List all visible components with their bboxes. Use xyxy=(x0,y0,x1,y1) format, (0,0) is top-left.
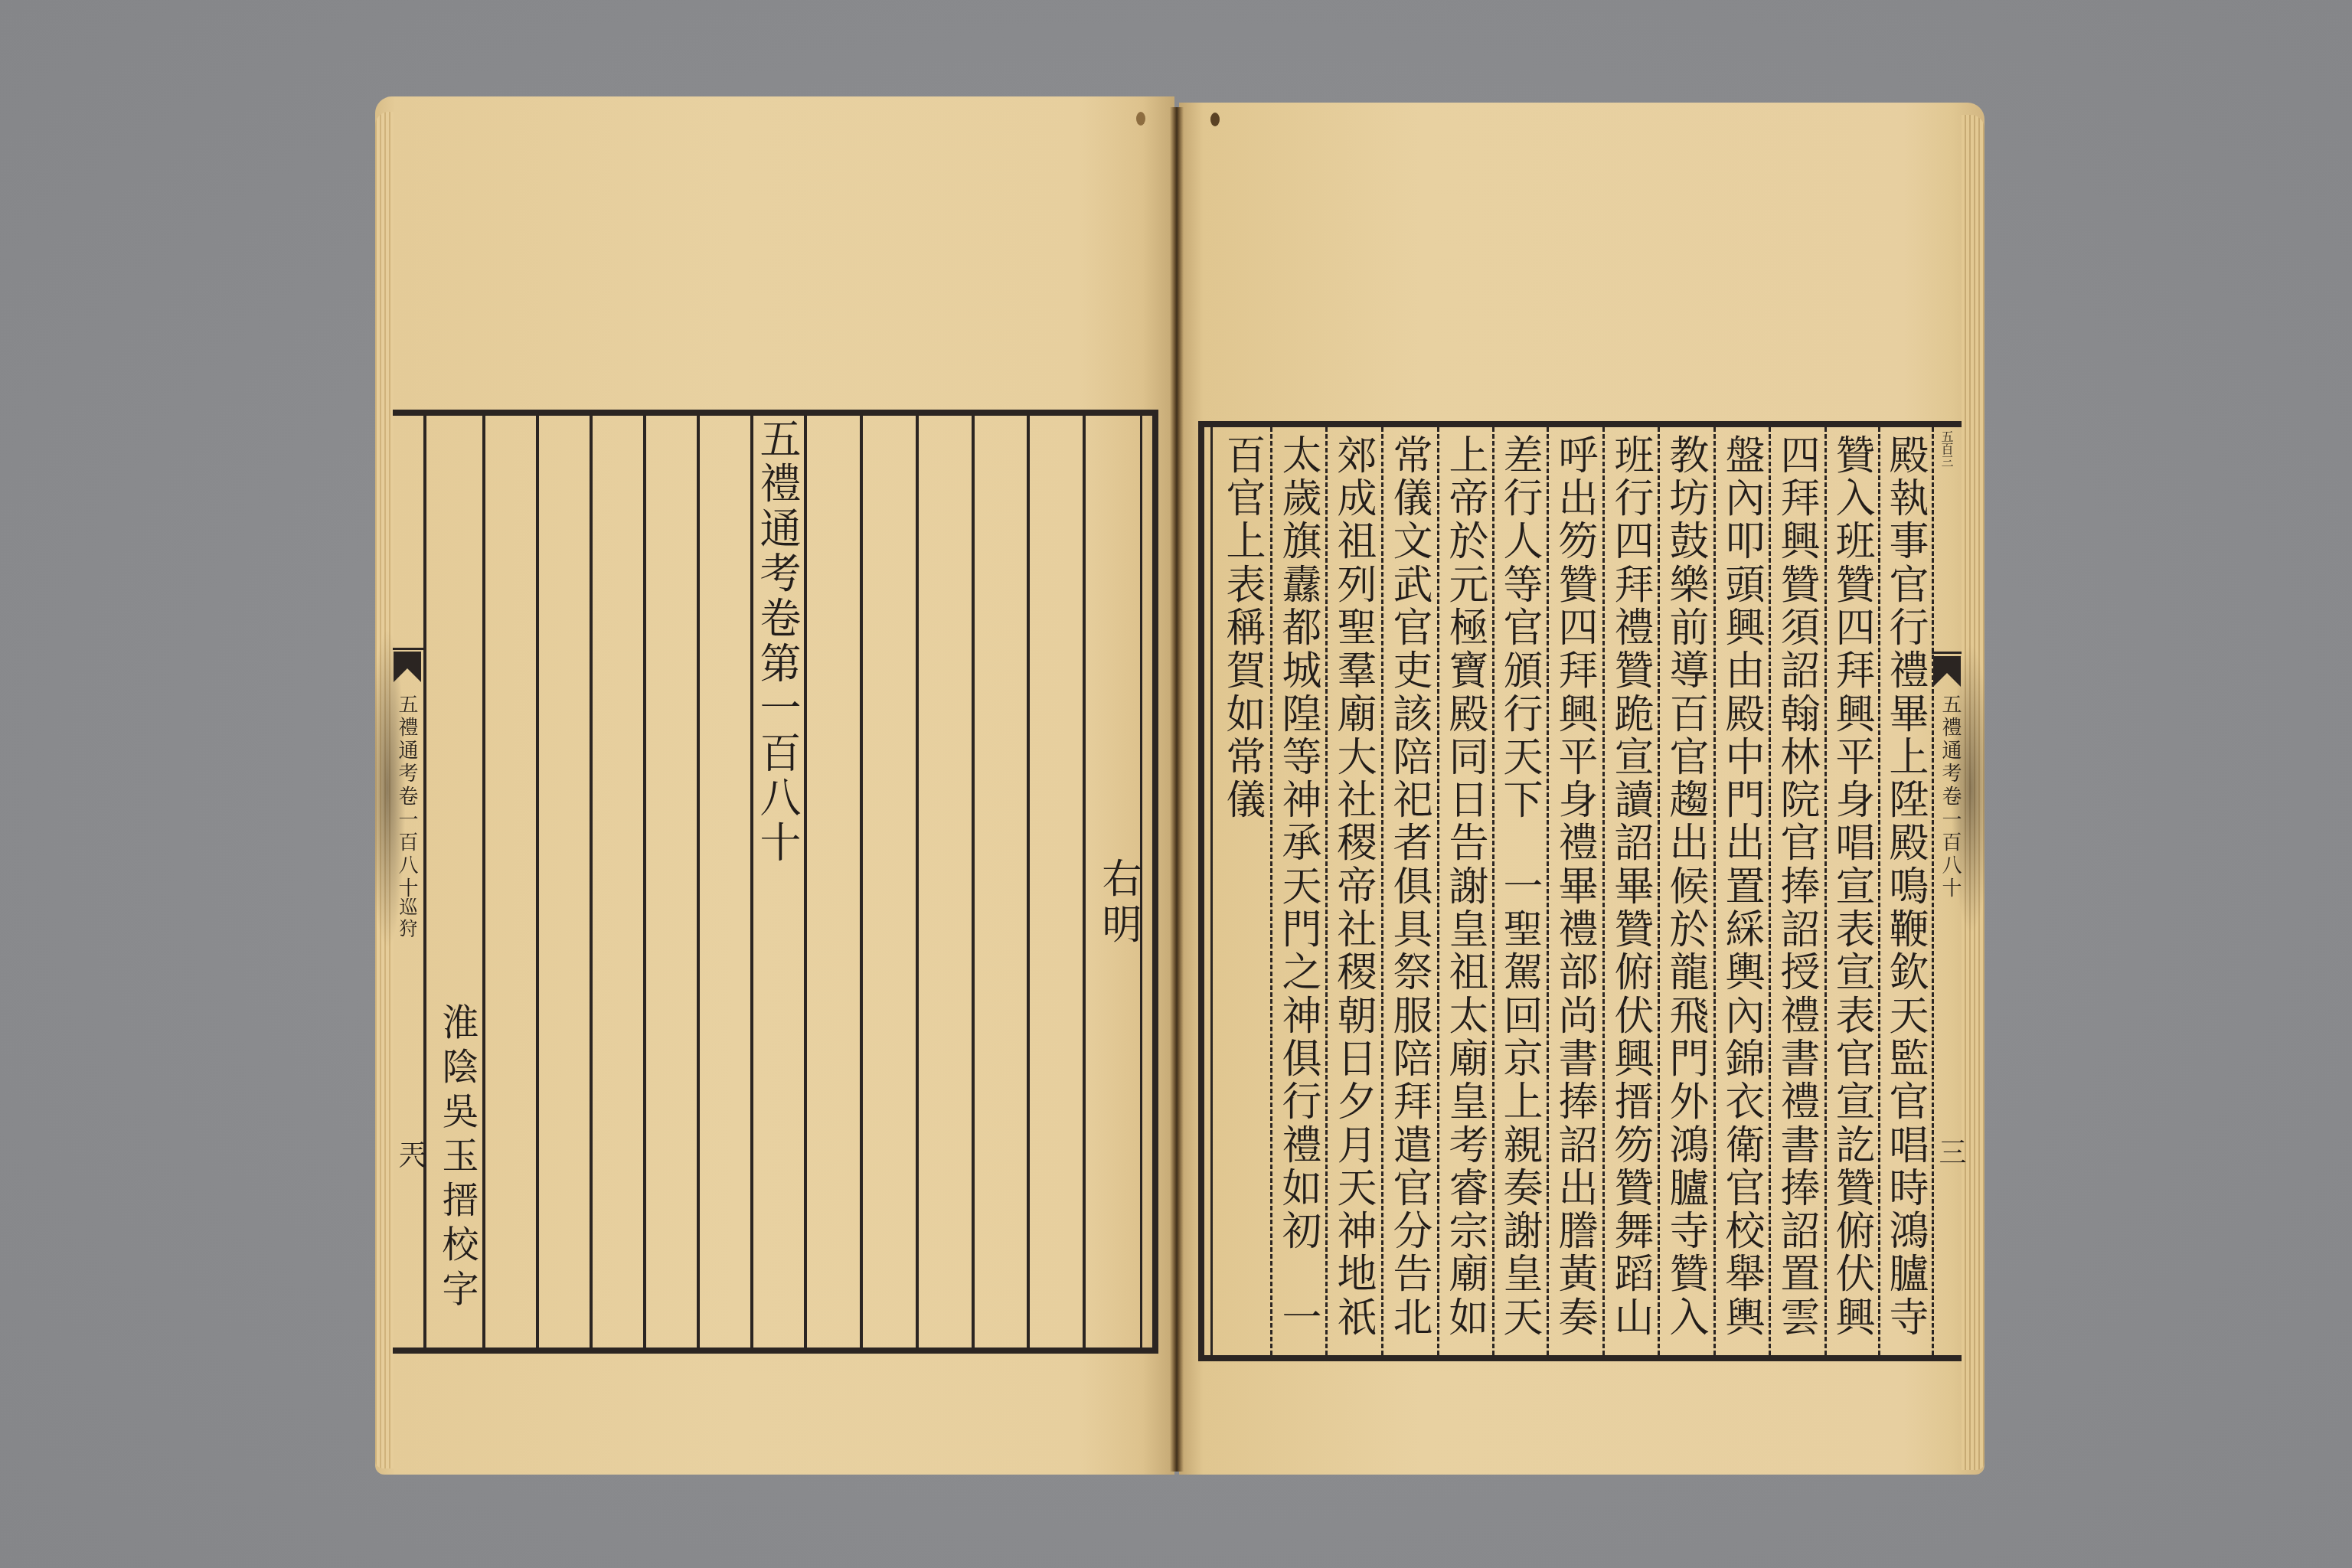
left-column-rule xyxy=(916,416,919,1347)
right-column-rule xyxy=(1824,427,1827,1355)
left-frame-bottom-border xyxy=(393,1347,1158,1354)
right-column-rule xyxy=(1769,427,1771,1355)
right-column-rule xyxy=(1658,427,1660,1355)
left-column-rule xyxy=(536,416,539,1347)
text-column-9: 上帝於元極寶殿同日告謝皇祖太廟皇考睿宗廟如 xyxy=(1442,434,1488,1339)
right-frame-bottom-border xyxy=(1198,1355,1962,1361)
left-fore-edge-section: 巡狩 xyxy=(394,897,420,940)
right-fore-edge-title: 五禮通考卷一百八十 xyxy=(1937,694,1963,900)
left-fore-edge-title: 五禮通考卷一百八十 xyxy=(394,694,420,900)
text-column-4: 盤內叩頭興由殿中門出置綵輿內錦衣衛官校舉輿 xyxy=(1718,434,1764,1339)
left-column-rule xyxy=(423,416,426,1347)
right-column-rule xyxy=(1325,427,1328,1355)
left-column-rule xyxy=(590,416,593,1347)
left-column-rule xyxy=(1027,416,1030,1347)
binding-hole-right xyxy=(1210,113,1220,126)
text-column-5: 教坊鼓樂前導百官趨出候於龍飛門外鴻臚寺贊入 xyxy=(1662,434,1708,1339)
left-frame-top-border xyxy=(393,410,1158,416)
text-column-10: 常儀文武官吏該陪祀者俱具祭服陪拜遣官分告北 xyxy=(1386,434,1432,1339)
right-frame-left-inner-line xyxy=(1210,427,1213,1355)
right-frame-top-border xyxy=(1198,421,1962,427)
proofreader-credit: 淮陰吳玉搢校字 xyxy=(434,1003,480,1314)
left-column-rule xyxy=(804,416,807,1347)
left-leaf-number: 兲 xyxy=(394,1141,425,1168)
text-column-2: 贊入班贊四拜興平身唱宣表宣表官宣訖贊俯伏興 xyxy=(1828,434,1874,1339)
left-column-rule xyxy=(482,416,485,1347)
text-column-1: 殿執事官行禮畢上陞殿鳴鞭欽天監官唱時鴻臚寺 xyxy=(1882,434,1928,1339)
right-column-rule xyxy=(1713,427,1716,1355)
left-column-rule xyxy=(972,416,975,1347)
right-frame-left-border xyxy=(1198,421,1204,1361)
right-column-rule xyxy=(1878,427,1880,1355)
chapter-end-title: 五禮通考卷第一百八十 xyxy=(754,417,800,866)
text-column-6: 班行四拜禮贊跪宣讀詔畢贊俯伏興搢笏贊舞蹈山 xyxy=(1607,434,1653,1339)
left-column-rule xyxy=(643,416,646,1347)
left-banxin-divider xyxy=(393,648,423,650)
right-column-rule xyxy=(1270,427,1272,1355)
text-column-3: 四拜興贊須詔翰林院官捧詔授禮書禮書捧詔置雲 xyxy=(1773,434,1819,1339)
text-column-8: 差行人等官頒行天下 一聖駕回京上親奏謝皇天 xyxy=(1496,434,1542,1339)
text-column-7: 呼出笏贊四拜興平身禮畢禮部尚書捧詔出謄黃奏 xyxy=(1551,434,1597,1339)
left-column-rule xyxy=(860,416,863,1347)
right-banxin-divider xyxy=(1932,652,1962,654)
right-column-rule xyxy=(1381,427,1383,1355)
left-column-rule xyxy=(697,416,700,1347)
book-gutter xyxy=(1170,107,1184,1472)
right-leaf-number: 三 xyxy=(1935,1138,1965,1165)
right-column-rule xyxy=(1602,427,1605,1355)
binding-hole-left xyxy=(1136,112,1145,126)
right-column-rule xyxy=(1437,427,1439,1355)
right-column-rule xyxy=(1547,427,1549,1355)
right-column-rule xyxy=(1492,427,1494,1355)
left-first-column-text: 右明 xyxy=(1095,857,1141,949)
left-frame-right-border xyxy=(1152,410,1158,1354)
right-column-rule xyxy=(1932,427,1934,1355)
text-column-11: 郊成祖列聖羣廟大社稷帝社稷朝日夕月天神地祇 xyxy=(1330,434,1376,1339)
left-column-rule xyxy=(1083,416,1086,1347)
right-top-mark: 五百三 xyxy=(1937,430,1954,467)
text-column-13: 百官上表稱賀如常儀 xyxy=(1219,434,1265,822)
text-column-12: 太歲旗纛都城隍等神承天門之神俱行禮如初 一 xyxy=(1275,434,1321,1339)
